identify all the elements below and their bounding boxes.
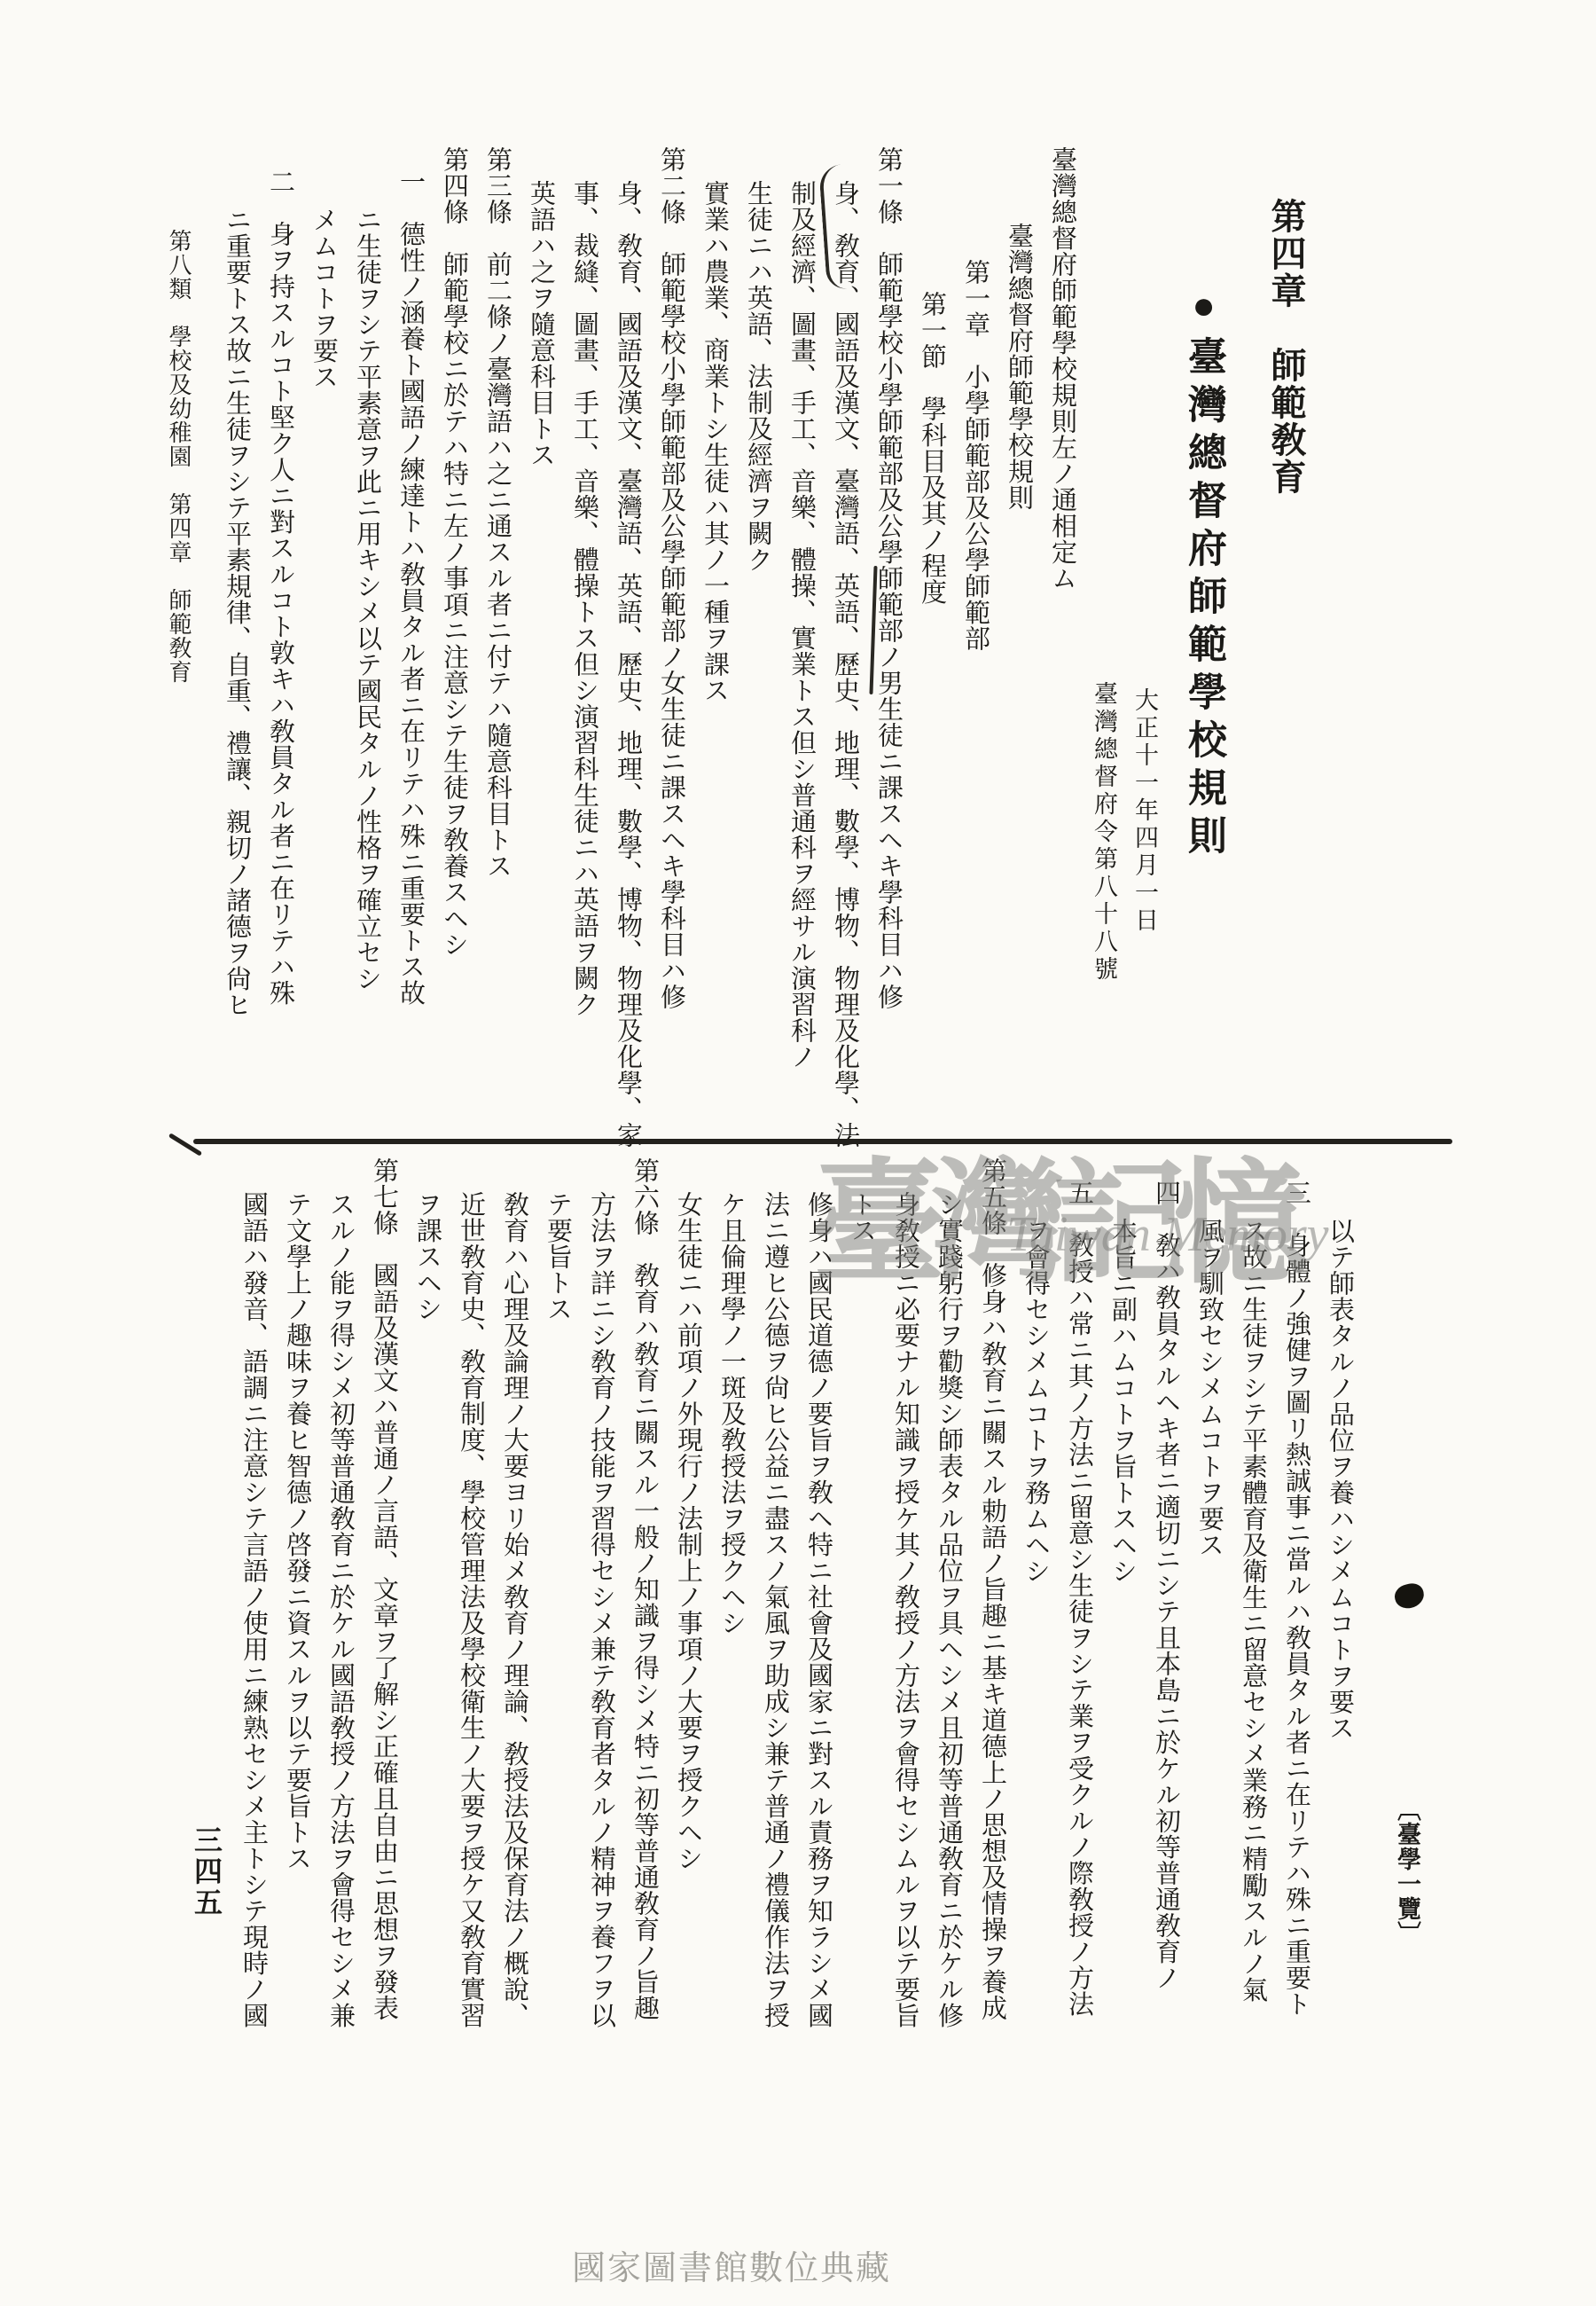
text-column: 實業ハ農業、商業トシ生徒ハ其ノ一種ヲ課ス	[692, 146, 736, 1140]
text-column: ケ且倫理學ノ一斑及敎授法ヲ授クヘシ	[709, 1157, 753, 2137]
page-number: 三四五	[186, 1825, 227, 1918]
text-column: テ要旨トス	[536, 1157, 579, 2137]
taiwan-memory-watermark-latin: Taiwan Memory	[1006, 1206, 1329, 1263]
text-column: ニ生徒ヲシテ平素意ヲ此ニ用キシメ以テ國民タルノ性格ヲ確立セシ	[345, 146, 388, 1140]
text-column: 二 身ヲ持スルコト堅ク人ニ對スルコト敦キハ敎員タル者ニ在リテハ殊	[258, 146, 301, 1140]
text-column: 第三條 前二條ノ臺灣語ハ之ニ通スル者ニ付テハ隨意科目トス	[475, 146, 519, 1140]
chapter-heading: 第四章 師範敎育	[1241, 146, 1330, 1140]
text-column: メムコトヲ要ス	[301, 146, 345, 1140]
text-column: 事、裁縫、圖畫、手工、音樂、體操トス但シ演習科生徒ニハ英語ヲ闕ク	[562, 146, 606, 1140]
text-column: 國語ハ發音、語調ニ注意シテ言語ノ使用ニ練熟セシメ主トシテ現時ノ國	[231, 1157, 275, 2137]
text-column: 身、敎育、國語及漢文、臺灣語、英語、歷史、地理、數學、博物、物理及化學、法	[823, 146, 866, 1140]
text-column: ニ重要トス故ニ生徒ヲシテ平素規律、自重、禮讓、親切ノ諸德ヲ尙ヒ	[215, 146, 258, 1140]
text-column: 制及經濟、圖畫、手工、音樂、體操、實業トス但シ普通科ヲ經サル演習科ノ	[779, 146, 823, 1140]
text-column: 生徒ニハ英語、法制及經濟ヲ闕ク	[736, 146, 779, 1140]
archive-footer: 國家圖書館數位典藏	[572, 2240, 891, 2289]
text-column: スルノ能ヲ得シメ初等普通敎育ニ於ケル國語敎授ノ方法ヲ會得セシメ兼	[318, 1157, 362, 2137]
text-column: 第一章 小學師範部及公學師範部	[953, 146, 997, 1140]
regulation-title-heading: ●臺灣總督府師範學校規則	[1165, 146, 1241, 1140]
running-title: 第八類 學校及幼稚園 第四章 師範敎育	[162, 229, 195, 684]
text-column: 方法ヲ詳ニシ敎育ノ技能ヲ習得セシメ兼テ敎育者タルノ精神ヲ養フヲ以	[579, 1157, 622, 2137]
text-column: ヲ課スヘシ	[405, 1157, 449, 2137]
text-column: 臺灣總督府師範學校規則	[997, 146, 1040, 1140]
text-column: 近世敎育史、敎育制度、學校管理法及學校衛生ノ大要ヲ授ケ又敎育實習	[449, 1157, 492, 2137]
text-column: 一 德性ノ涵養ト國語ノ練達トハ敎員タル者ニ在リテハ殊ニ重要トス故	[388, 146, 432, 1140]
promulgation-date: 大正十一年四月一日	[1123, 146, 1165, 1140]
upper-text-block: 第四章 師範敎育 ●臺灣總督府師範學校規則 大正十一年四月一日 臺灣總督府令第八…	[215, 146, 1330, 1140]
text-column: 臺灣總督府師範學校規則左ノ通相定ム	[1040, 146, 1084, 1140]
text-column: 第二條 師範學校小學師範部及公學師範部ノ女生徒ニ課スヘキ學科目ハ修	[649, 146, 692, 1140]
text-column: 女生徒ニハ前項ノ外現行ノ法制上ノ事項ノ大要ヲ授クヘシ	[666, 1157, 709, 2137]
ink-blot	[1393, 1581, 1427, 1611]
text-column: 敎育ハ心理及論理ノ大要ヨリ始メ敎育ノ理論、敎授法及保育法ノ概說、	[492, 1157, 536, 2137]
text-column: 法ニ遵ヒ公德ヲ尙ヒ公益ニ盡スノ氣風ヲ助成シ兼テ普通ノ禮儀作法ヲ授	[753, 1157, 796, 2137]
decree-number: 臺灣總督府令第八十八號	[1084, 146, 1123, 1140]
source-citation-note: 〔臺學一覽〕	[1390, 1797, 1425, 1946]
scanned-document-page: 第四章 師範敎育 ●臺灣總督府師範學校規則 大正十一年四月一日 臺灣總督府令第八…	[0, 0, 1596, 2306]
text-column: 身、敎育、國語及漢文、臺灣語、英語、歷史、地理、數學、博物、物理及化學、家	[606, 146, 649, 1140]
text-column: 英語ハ之ヲ隨意科目トス	[519, 146, 562, 1140]
divider-hook	[168, 1133, 202, 1156]
text-column: 第四條 師範學校ニ於テハ特ニ左ノ事項ニ注意シテ生徒ヲ敎養スヘシ	[432, 146, 475, 1140]
text-column: テ文學上ノ趣味ヲ養ヒ智德ノ啓發ニ資スルヲ以テ要旨トス	[275, 1157, 318, 2137]
text-column: 第六條 敎育ハ敎育ニ關スル一般ノ知識ヲ得シメ特ニ初等普通敎育ノ旨趣	[622, 1157, 666, 2137]
text-column: 以テ師表タルノ品位ヲ養ハシメムコトヲ要ス	[1318, 1157, 1361, 2137]
text-column: 第一節 學科目及其ノ程度	[910, 146, 953, 1140]
text-column: 第七條 國語及漢文ハ普通ノ言語、文章ヲ了解シ正確且自由ニ思想ヲ發表	[362, 1157, 405, 2137]
